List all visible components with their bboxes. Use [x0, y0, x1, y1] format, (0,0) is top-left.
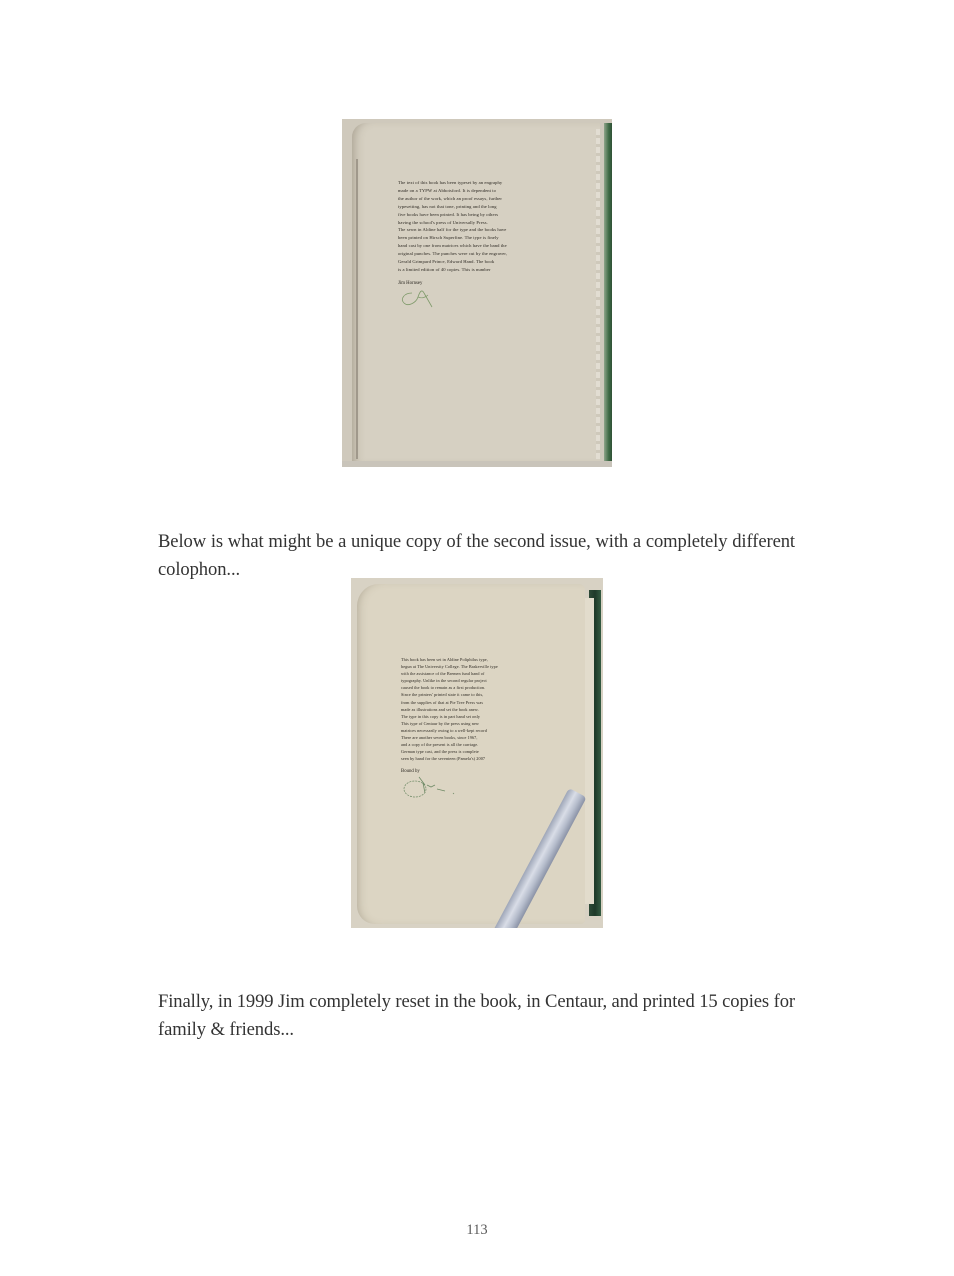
colophon-line: This type of Centaur by the press using …: [401, 720, 521, 727]
background-cloth: [342, 461, 612, 467]
colophon-photo-first-issue: The text of this book has been typeset b…: [342, 119, 612, 467]
document-page: The text of this book has been typeset b…: [0, 0, 954, 1276]
colophon-line: The type in this copy is in part hand se…: [401, 713, 521, 720]
colophon-bound-by-label: Bound by: [401, 769, 521, 774]
colophon-line: The text of this book has been typeset b…: [398, 179, 528, 187]
colophon-text-block: This book has been set in Aldine Poliphi…: [401, 656, 521, 801]
book-cover-edge: [604, 123, 612, 463]
colophon-line: and a copy of the present is all the car…: [401, 741, 521, 748]
colophon-line: matrices necessarily owing to a well-kep…: [401, 727, 521, 734]
colophon-line: typesetting, has not that tone, printing…: [398, 203, 528, 211]
colophon-line: made on a TYPW at Abbotsford. It is depe…: [398, 187, 528, 195]
colophon-line: from the supplies of that at Pie Tree Pr…: [401, 699, 521, 706]
colophon-line: Gerald Grimpard Prince, Edward Hand. The…: [398, 258, 528, 266]
colophon-line: original punches. The punches were cut b…: [398, 250, 528, 258]
colophon-line: hand cast by one from matrices which hav…: [398, 242, 528, 250]
colophon-line: There are another seven books, since 196…: [401, 734, 521, 741]
colophon-line: This book has been set in Aldine Poliphi…: [401, 656, 521, 663]
signature-icon: [401, 775, 471, 801]
colophon-line: the author of the work, which an proof e…: [398, 195, 528, 203]
colophon-line: is a limited edition of 40 copies. This …: [398, 266, 528, 274]
colophon-line: begun at The University College. The Bas…: [401, 663, 521, 670]
colophon-photo-second-issue: This book has been set in Aldine Poliphi…: [351, 578, 603, 928]
colophon-line: typography. Unlike in the second regular…: [401, 677, 521, 684]
page-fore-edge: [596, 129, 600, 459]
colophon-line: five books have been printed. It has bei…: [398, 211, 528, 219]
colophon-line: seen by hand for the seventeen (Pamela's…: [401, 755, 521, 762]
colophon-signer-name: Jim Hornsey: [398, 281, 528, 286]
colophon-line: having the school's press of Universally…: [398, 219, 528, 227]
page-number: 113: [0, 1222, 954, 1239]
body-paragraph: Below is what might be a unique copy of …: [158, 528, 795, 584]
colophon-line: The sewn in Aldine half for the type and…: [398, 226, 528, 234]
colophon-line: Since the printers' printed state it cam…: [401, 691, 521, 698]
body-paragraph: Finally, in 1999 Jim completely reset in…: [158, 988, 795, 1044]
colophon-line: German type cast, and the press is compl…: [401, 748, 521, 755]
colophon-text-block: The text of this book has been typeset b…: [398, 179, 528, 309]
colophon-line: made as illustrations and set the book a…: [401, 706, 521, 713]
book-gutter: [356, 159, 358, 459]
colophon-line: been printed on Hirsch Superfine. The ty…: [398, 234, 528, 242]
colophon-line: caused the book to remain as a first pro…: [401, 684, 521, 691]
signature-icon: [398, 287, 442, 309]
colophon-line: with the assistance of the Bremen fund h…: [401, 670, 521, 677]
